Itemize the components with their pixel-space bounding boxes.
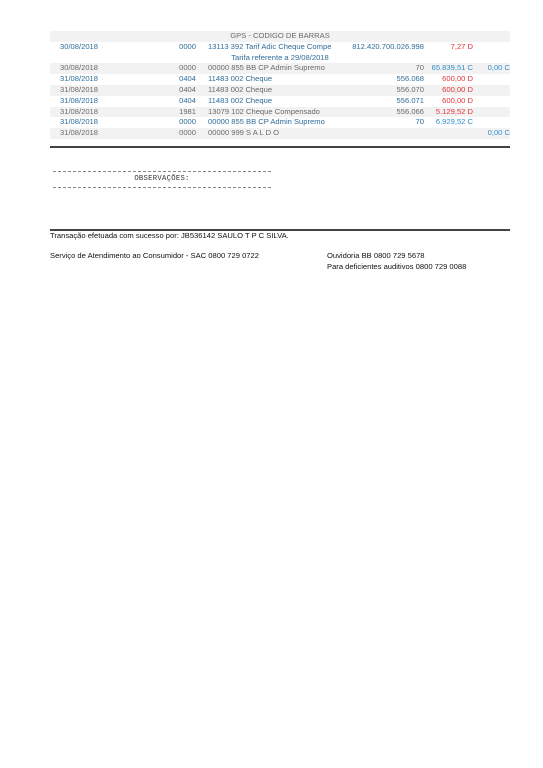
document-cell: 556.071 xyxy=(397,96,424,107)
document-cell: 556.068 xyxy=(397,74,424,85)
history-cell: 11483 002 Cheque xyxy=(208,85,272,96)
sac-contact: Serviço de Atendimento ao Consumidor - S… xyxy=(50,251,259,260)
history-cell: 11483 002 Cheque xyxy=(208,74,272,85)
history-cell: 11483 002 Cheque xyxy=(208,96,272,107)
value-cell: 600,00 D xyxy=(442,74,473,85)
observations-label: OBSERVAÇÕES: xyxy=(53,175,271,183)
value-cell: 7,27 D xyxy=(451,42,473,53)
statement-table: GPS - CODIGO DE BARRAS30/08/201800001311… xyxy=(50,31,510,139)
document-cell: 812.420.700.026.998 xyxy=(352,42,424,53)
value-cell: 600,00 D xyxy=(442,96,473,107)
table-row: 31/08/2018000000000 855 BB CP Admin Supr… xyxy=(50,117,510,128)
agency-cell: 0000 xyxy=(176,42,196,53)
table-row: 30/08/2018000013113 392 Tarif Adic Chequ… xyxy=(50,42,510,53)
agency-cell: 0000 xyxy=(176,63,196,74)
table-section-header: Tarifa referente a 29/08/2018 xyxy=(50,53,510,64)
hearing-impaired-contact: Para deficientes auditivos 0800 729 0088 xyxy=(327,262,466,271)
ombudsman-contact: Ouvidoria BB 0800 729 5678 xyxy=(327,251,425,260)
dashed-divider-top xyxy=(53,171,271,172)
agency-cell: 0000 xyxy=(176,117,196,128)
history-cell: 13079 102 Cheque Compensado xyxy=(208,107,320,118)
agency-cell: 1981 xyxy=(176,107,196,118)
table-section-header: GPS - CODIGO DE BARRAS xyxy=(50,31,510,42)
balance-cell: 0,00 C xyxy=(488,63,510,74)
transaction-confirmation: Transação efetuada com sucesso por: JB53… xyxy=(50,231,289,240)
date-cell: 31/08/2018 xyxy=(60,128,98,139)
history-cell: 00000 855 BB CP Admin Supremo xyxy=(208,63,325,74)
agency-cell: 0404 xyxy=(176,85,196,96)
history-cell: 13113 392 Tarif Adic Cheque Compe xyxy=(208,42,331,53)
document-cell: 556.066 xyxy=(397,107,424,118)
table-row: 31/08/2018040411483 002 Cheque556.068600… xyxy=(50,74,510,85)
date-cell: 31/08/2018 xyxy=(60,107,98,118)
agency-cell: 0404 xyxy=(176,74,196,85)
value-cell: 6.929,52 C xyxy=(436,117,473,128)
value-cell: 65.839,51 C xyxy=(432,63,473,74)
date-cell: 30/08/2018 xyxy=(60,42,98,53)
history-cell: 00000 855 BB CP Admin Supremo xyxy=(208,117,325,128)
table-row: 31/08/2018040411483 002 Cheque556.071600… xyxy=(50,96,510,107)
table-divider xyxy=(50,146,510,148)
document-cell: 556.070 xyxy=(397,85,424,96)
date-cell: 31/08/2018 xyxy=(60,74,98,85)
value-cell: 5.129,52 D xyxy=(436,107,473,118)
table-row: 30/08/2018000000000 855 BB CP Admin Supr… xyxy=(50,63,510,74)
value-cell: 600,00 D xyxy=(442,85,473,96)
date-cell: 31/08/2018 xyxy=(60,85,98,96)
date-cell: 30/08/2018 xyxy=(60,63,98,74)
agency-cell: 0404 xyxy=(176,96,196,107)
section-title: Tarifa referente a 29/08/2018 xyxy=(50,53,510,64)
dashed-divider-bottom xyxy=(53,187,271,188)
balance-cell: 0,00 C xyxy=(488,128,510,139)
document-cell: 70 xyxy=(416,117,424,128)
table-row: 31/08/2018198113079 102 Cheque Compensad… xyxy=(50,107,510,118)
table-row: 31/08/2018040411483 002 Cheque556.070600… xyxy=(50,85,510,96)
document-cell: 70 xyxy=(416,63,424,74)
date-cell: 31/08/2018 xyxy=(60,96,98,107)
history-cell: 00000 999 S A L D O xyxy=(208,128,279,139)
table-row: 31/08/2018000000000 999 S A L D O0,00 C xyxy=(50,128,510,139)
agency-cell: 0000 xyxy=(176,128,196,139)
section-title: GPS - CODIGO DE BARRAS xyxy=(50,31,510,42)
date-cell: 31/08/2018 xyxy=(60,117,98,128)
